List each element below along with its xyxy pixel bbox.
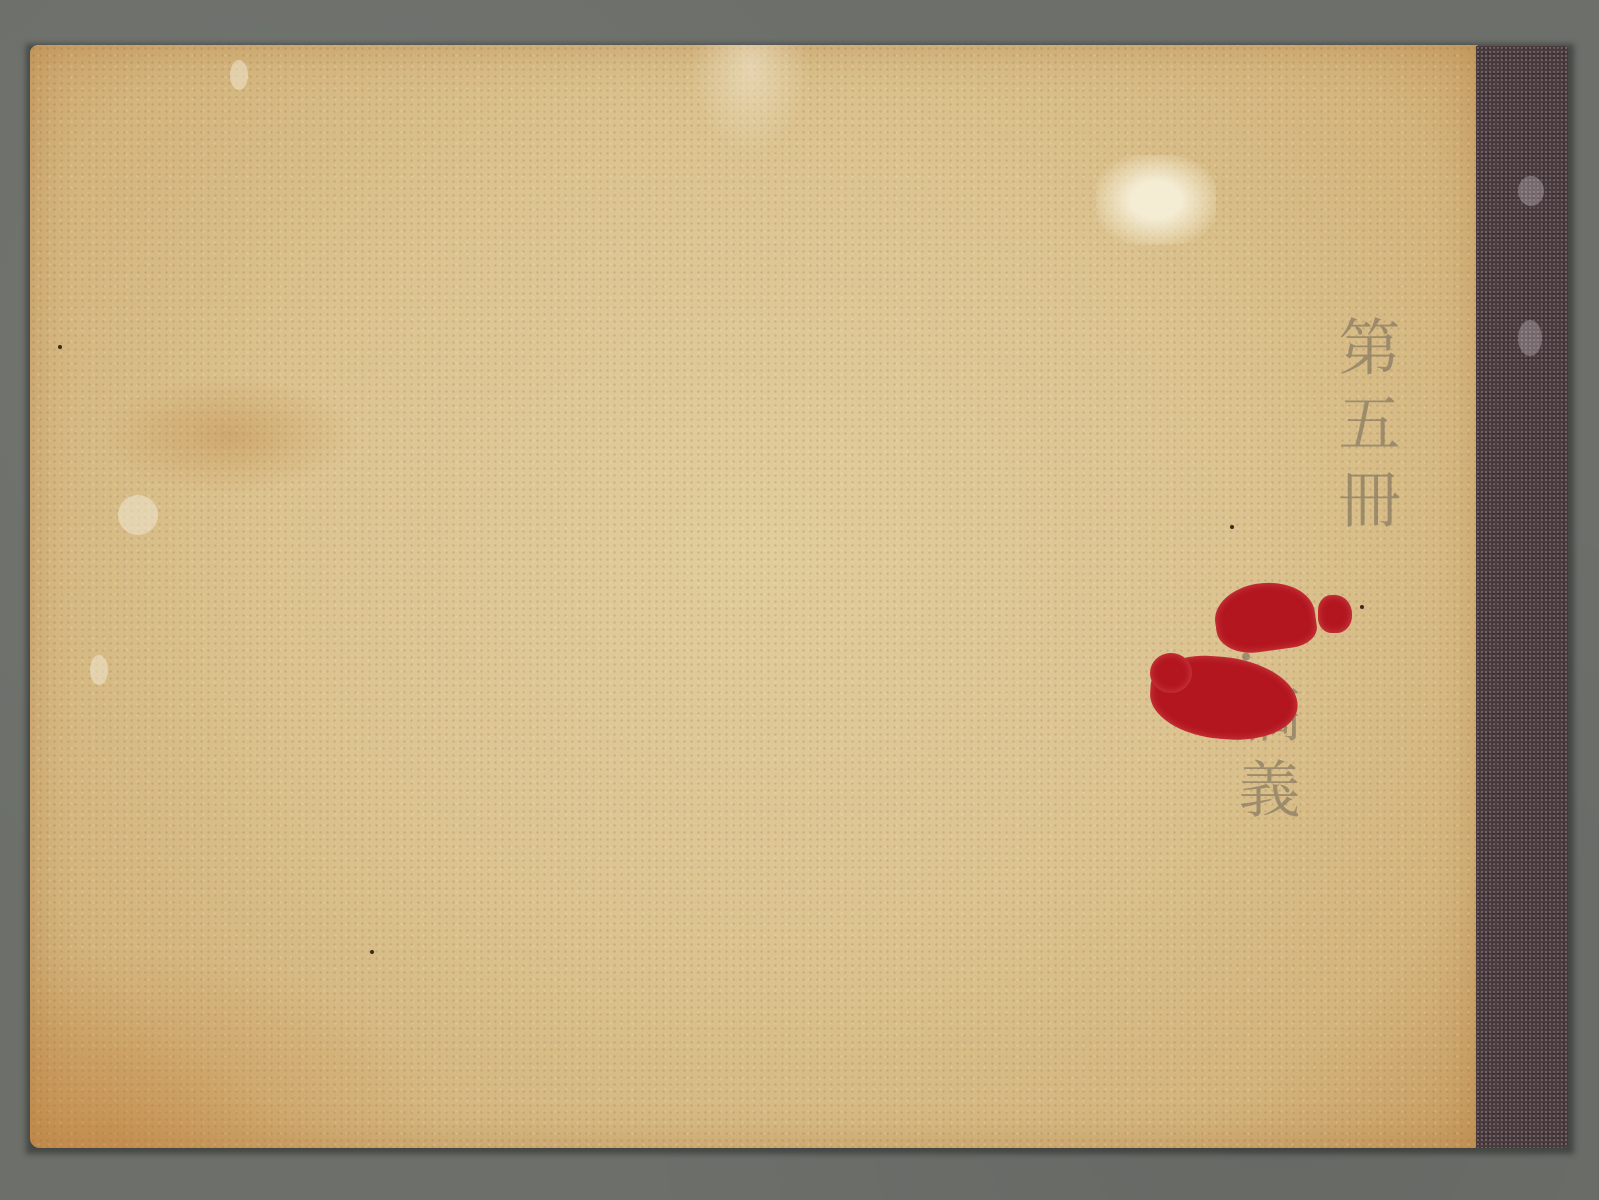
age-stain [30,945,450,1148]
abraded-patch [1096,155,1216,245]
speck [1360,605,1364,609]
speck [58,345,62,349]
speck [370,950,374,954]
faded-spot [118,495,158,535]
notebook-cover: 第五冊 …稿義 [30,45,1478,1148]
spine-wear-spot [1518,176,1544,206]
faded-spot [90,655,108,685]
red-stain [1318,595,1352,633]
spine-wear-spot [1518,320,1542,356]
pencil-inscription-column-1: 第五冊 [1320,315,1409,543]
faded-spot [230,60,248,90]
worn-area [690,45,810,155]
water-stain [100,375,360,495]
speck [1230,525,1234,529]
cloth-spine [1476,46,1568,1148]
red-stain [1150,653,1192,693]
